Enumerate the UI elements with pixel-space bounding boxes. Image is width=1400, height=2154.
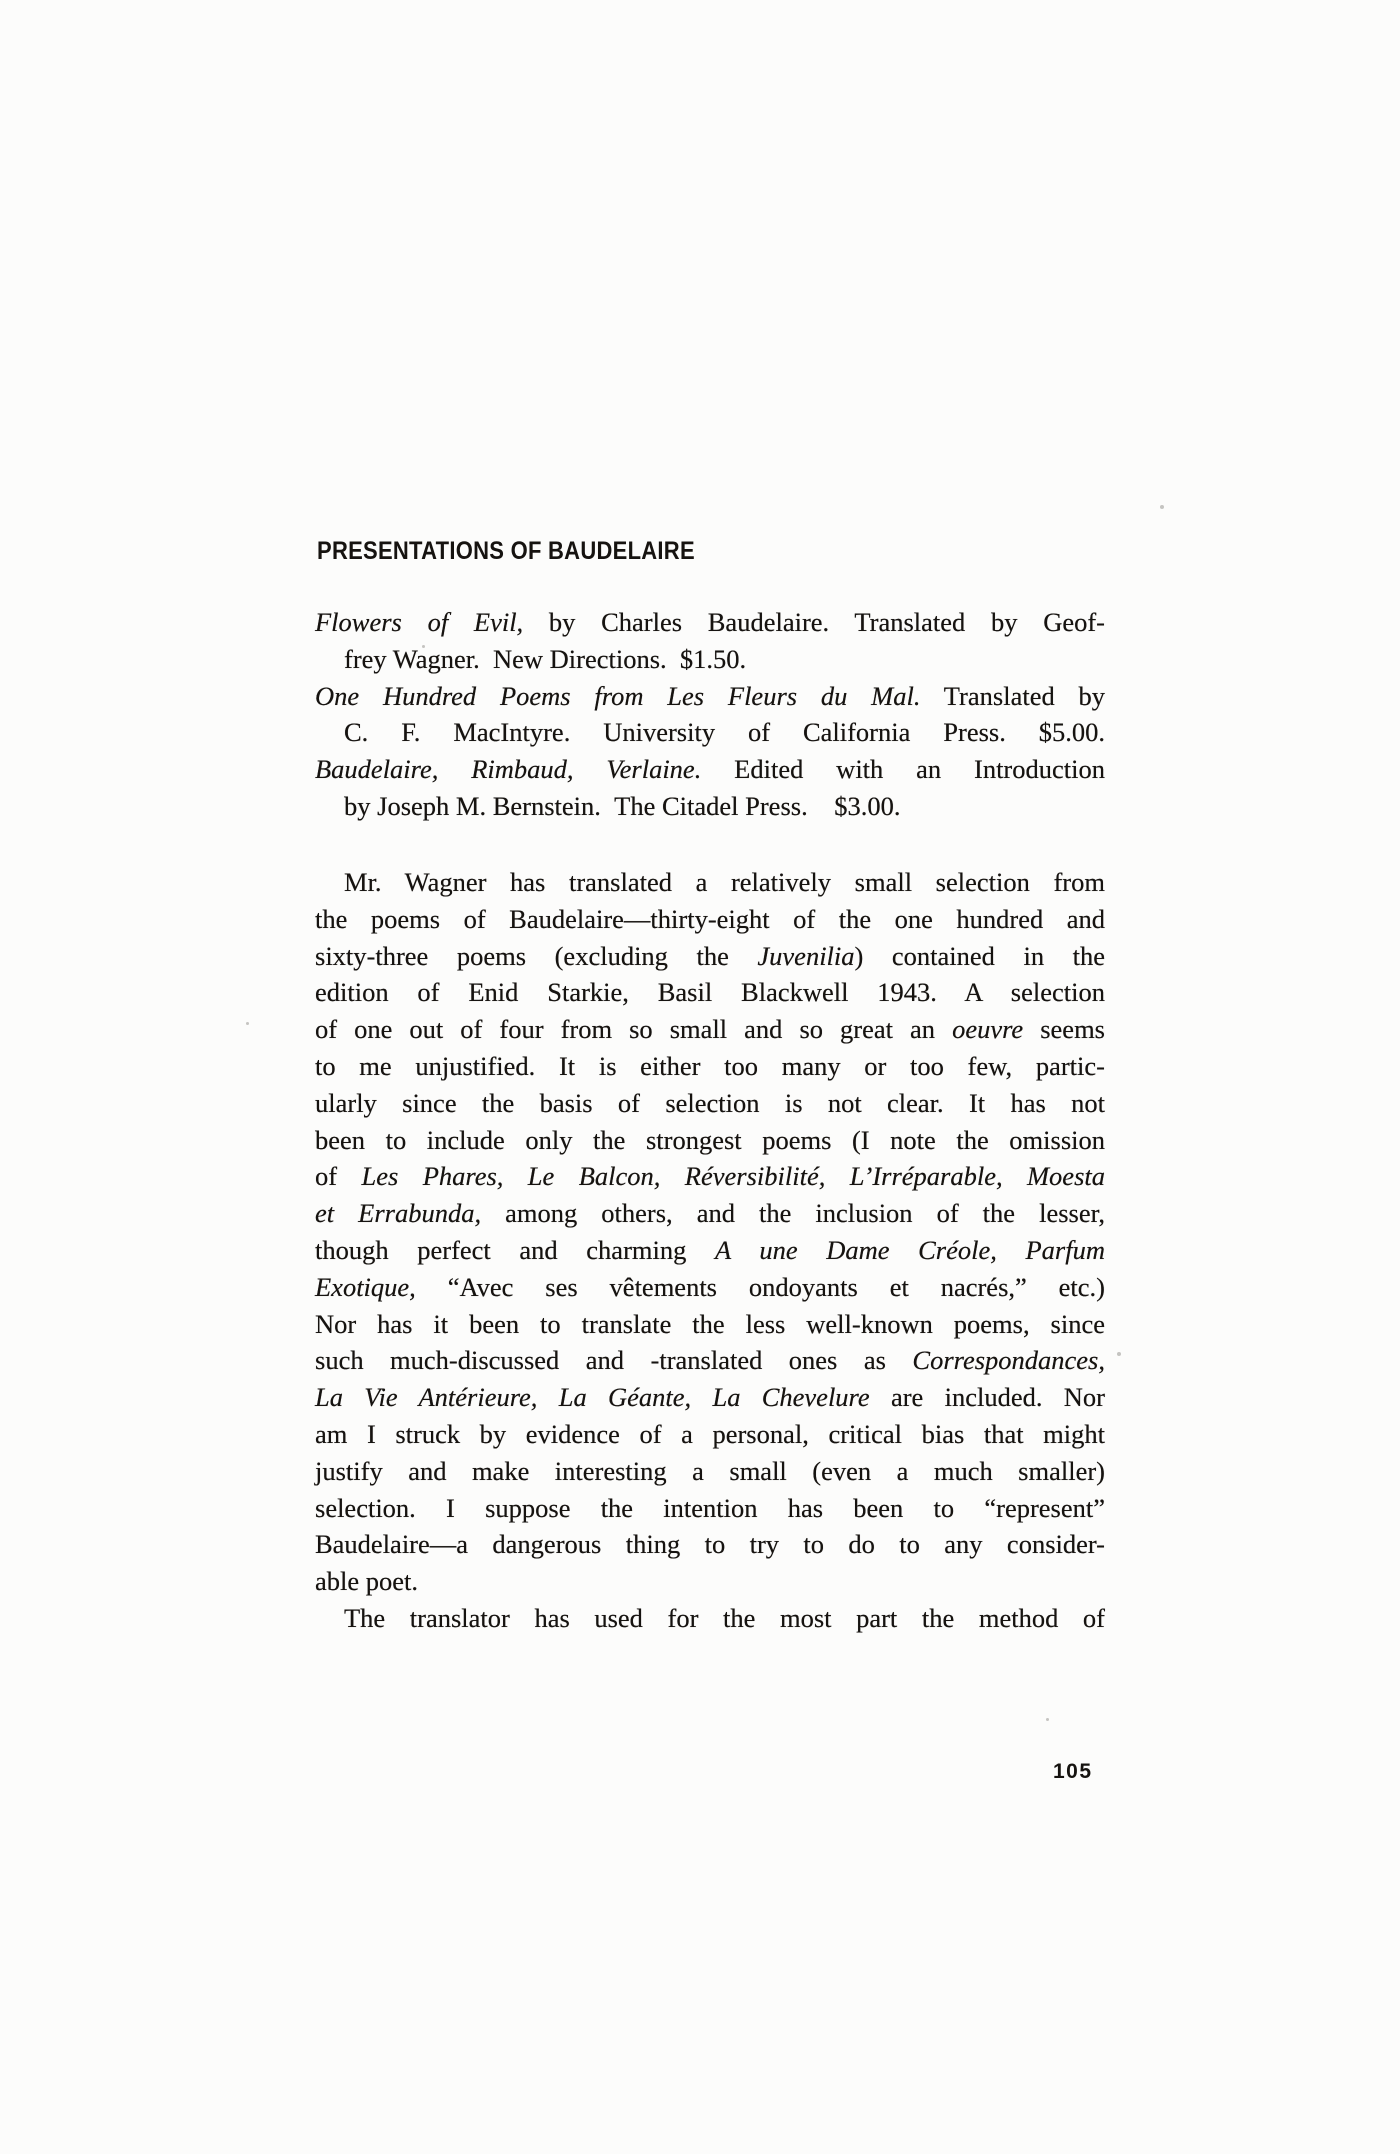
text-line: Exotique, “Avec ses vêtements ondoyants … [315, 1269, 1105, 1306]
text-line: et Errabunda, among others, and the incl… [315, 1195, 1105, 1232]
text-line: to me unjustified. It is either too many… [315, 1048, 1105, 1085]
page-number: 105 [1053, 1757, 1093, 1787]
text-line: C. F. MacIntyre. University of Californi… [315, 714, 1105, 751]
dust-speck [1160, 505, 1164, 509]
text-line: La Vie Antérieure, La Géante, La Chevelu… [315, 1379, 1105, 1416]
text-line: Mr. Wagner has translated a relatively s… [315, 864, 1105, 901]
text-line: selection. I suppose the intention has b… [315, 1490, 1105, 1527]
text-line: sixty-three poems (excluding the Juvenil… [315, 938, 1105, 975]
text-line: Nor has it been to translate the less we… [315, 1306, 1105, 1343]
text-line: of one out of four from so small and so … [315, 1011, 1105, 1048]
dust-speck [1046, 1718, 1049, 1721]
text-line: One Hundred Poems from Les Fleurs du Mal… [315, 678, 1105, 715]
text-line: edition of Enid Starkie, Basil Blackwell… [315, 974, 1105, 1011]
text-line: such much-discussed and -translated ones… [315, 1342, 1105, 1379]
text-line: able poet. [315, 1563, 1105, 1600]
text-line: by Joseph M. Bernstein. The Citadel Pres… [315, 788, 1105, 825]
text-line: ularly since the basis of selection is n… [315, 1085, 1105, 1122]
text-line: am I struck by evidence of a personal, c… [315, 1416, 1105, 1453]
text-line: of Les Phares, Le Balcon, Réversibilité,… [315, 1158, 1105, 1195]
dust-speck [246, 1022, 249, 1025]
text-line: Flowers of Evil, by Charles Baudelaire. … [315, 604, 1105, 641]
dust-speck [422, 645, 425, 648]
text-line: The translator has used for the most par… [315, 1600, 1105, 1637]
text-line: justify and make interesting a small (ev… [315, 1453, 1105, 1490]
bibliography-block: Flowers of Evil, by Charles Baudelaire. … [315, 604, 1105, 825]
text-line: Baudelaire—a dangerous thing to try to d… [315, 1526, 1105, 1563]
text-line: Baudelaire, Rimbaud, Verlaine. Edited wi… [315, 751, 1105, 788]
text-line: the poems of Baudelaire—thirty-eight of … [315, 901, 1105, 938]
review-body: Mr. Wagner has translated a relatively s… [315, 864, 1105, 1637]
text-line: though perfect and charming A une Dame C… [315, 1232, 1105, 1269]
dust-speck [1117, 1352, 1121, 1356]
section-heading: PRESENTATIONS OF BAUDELAIRE [317, 533, 695, 569]
text-line: been to include only the strongest poems… [315, 1122, 1105, 1159]
scanned-page: PRESENTATIONS OF BAUDELAIRE Flowers of E… [0, 0, 1400, 2154]
text-line: frey Wagner. New Directions. $1.50. [315, 641, 1105, 678]
